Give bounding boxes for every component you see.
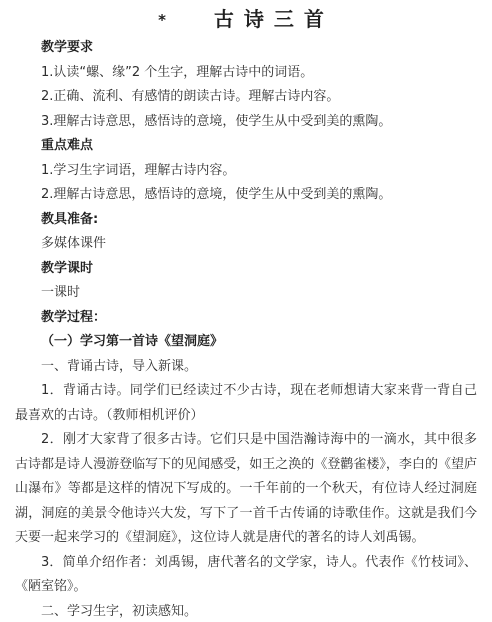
body-paragraph: 3.理解古诗意思，感悟诗的意境，使学生从中受到美的熏陶。 bbox=[15, 110, 477, 135]
body-paragraph: 2.理解古诗意思，感悟诗的意境，使学生从中受到美的熏陶。 bbox=[15, 183, 477, 208]
body-paragraph: 一课时 bbox=[15, 281, 477, 306]
body-paragraph: 多媒体课件 bbox=[15, 232, 477, 257]
body-paragraph: 2．刚才大家背了很多古诗。它们只是中国浩瀚诗海中的一滴水，其中很多古诗都是诗人漫… bbox=[15, 428, 477, 551]
body-paragraph: 3．简单介绍作者：刘禹锡，唐代著名的文学家，诗人。代表作《竹枝词》、《陋室铭》。 bbox=[15, 551, 477, 600]
body-paragraph: 一、背诵古诗，导入新课。 bbox=[15, 355, 477, 380]
document-page: * 古诗三首 教学要求1.认读“螺、缘”2 个生字，理解古诗中的词语。2.正确、… bbox=[0, 0, 492, 622]
asterisk-marker: * bbox=[158, 7, 166, 33]
body-paragraph: 1.认读“螺、缘”2 个生字，理解古诗中的词语。 bbox=[15, 61, 477, 86]
section-heading: 教学课时 bbox=[15, 257, 477, 282]
section-heading: 教具准备: bbox=[15, 208, 477, 233]
paragraph-list: 教学要求1.认读“螺、缘”2 个生字，理解古诗中的词语。2.正确、流利、有感情的… bbox=[15, 36, 477, 622]
section-heading: 教学要求 bbox=[15, 36, 477, 61]
body-paragraph: 1.学习生字词语，理解古诗内容。 bbox=[15, 159, 477, 184]
body-paragraph: 1．背诵古诗。同学们已经读过不少古诗，现在老师想请大家来背一背自己最喜欢的古诗。… bbox=[15, 379, 477, 428]
section-heading: 教学过程： bbox=[15, 306, 477, 331]
document-title-text: 古诗三首 bbox=[214, 6, 334, 32]
document-title: * 古诗三首 bbox=[15, 6, 477, 32]
section-heading: （一）学习第一首诗《望洞庭》 bbox=[15, 330, 477, 355]
body-paragraph: 2.正确、流利、有感情的朗读古诗。理解古诗内容。 bbox=[15, 85, 477, 110]
body-paragraph: 二、学习生字，初读感知。 bbox=[15, 600, 477, 622]
section-heading: 重点难点 bbox=[15, 134, 477, 159]
